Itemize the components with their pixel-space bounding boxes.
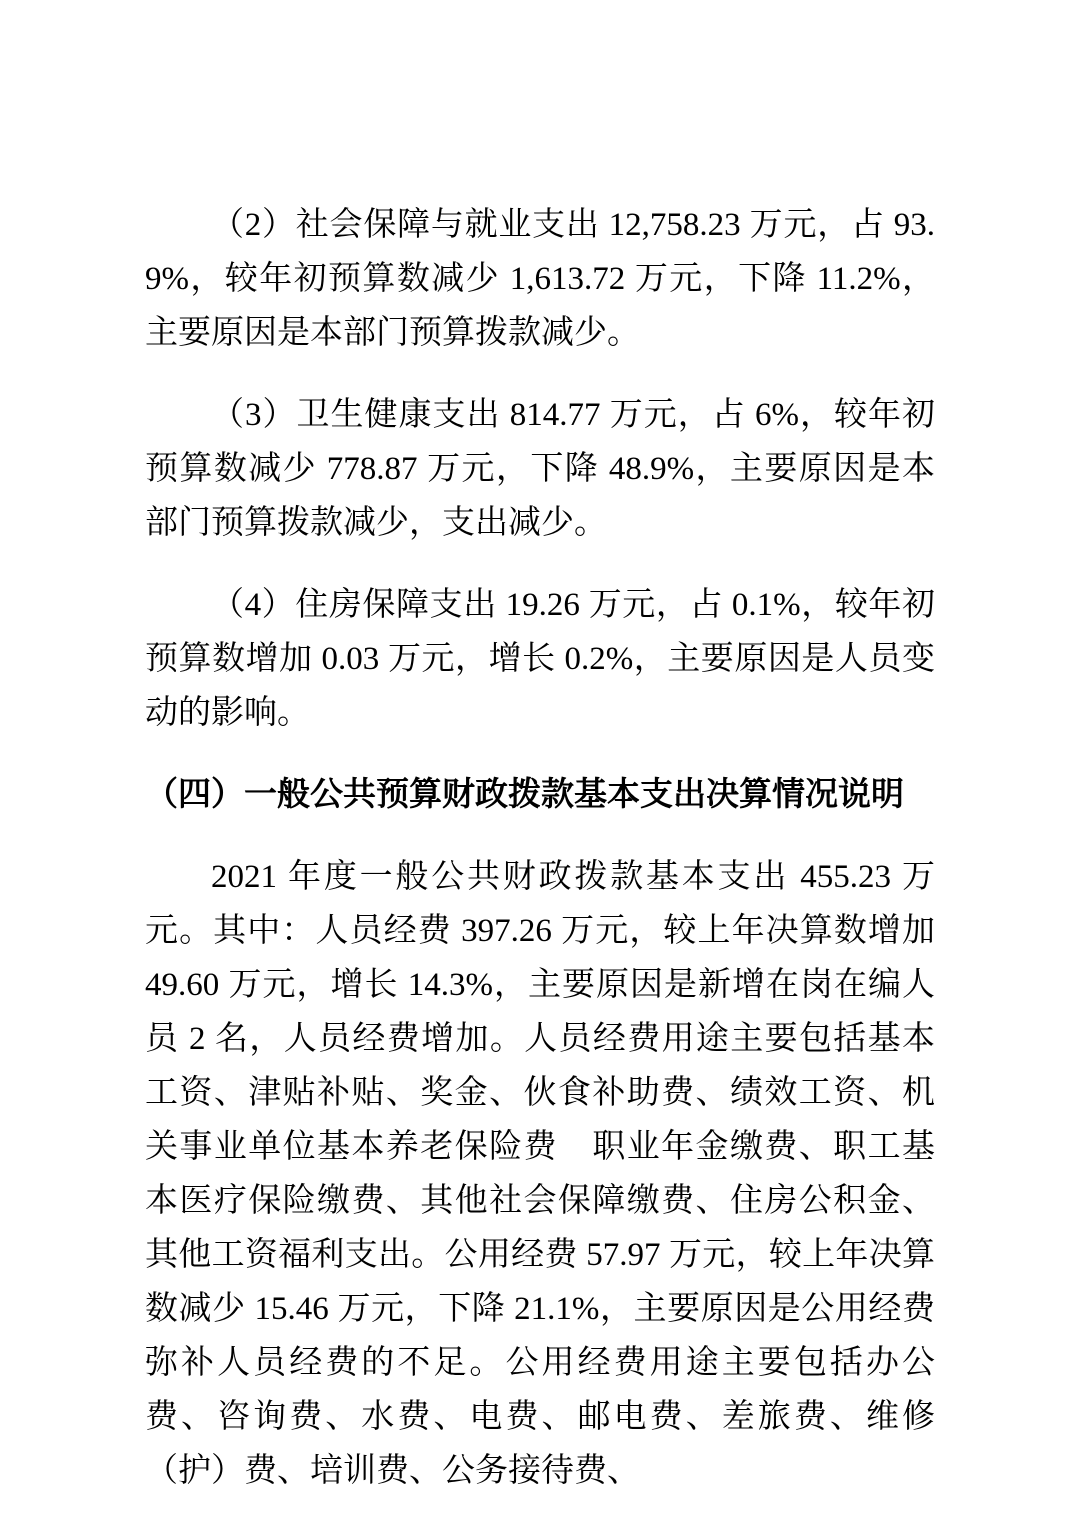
paragraph-housing-security-expenditure: （4）住房保障支出 19.26 万元，占 0.1%，较年初预算数增加 0.03 … bbox=[145, 578, 935, 740]
paragraph-social-security-employment-expenditure: （2）社会保障与就业支出 12,758.23 万元，占 93.9%，较年初预算数… bbox=[145, 198, 935, 360]
paragraph-health-expenditure: （3）卫生健康支出 814.77 万元，占 6%，较年初预算数减少 778.87… bbox=[145, 388, 935, 550]
document-page: （2）社会保障与就业支出 12,758.23 万元，占 93.9%，较年初预算数… bbox=[0, 0, 1075, 1521]
section-heading-basic-expenditure-final-accounts: （四）一般公共预算财政拨款基本支出决算情况说明 bbox=[145, 768, 935, 822]
document-content: （2）社会保障与就业支出 12,758.23 万元，占 93.9%，较年初预算数… bbox=[145, 198, 935, 1498]
paragraph-basic-expenditure-detail: 2021 年度一般公共财政拨款基本支出 455.23 万元。其中：人员经费 39… bbox=[145, 850, 935, 1498]
